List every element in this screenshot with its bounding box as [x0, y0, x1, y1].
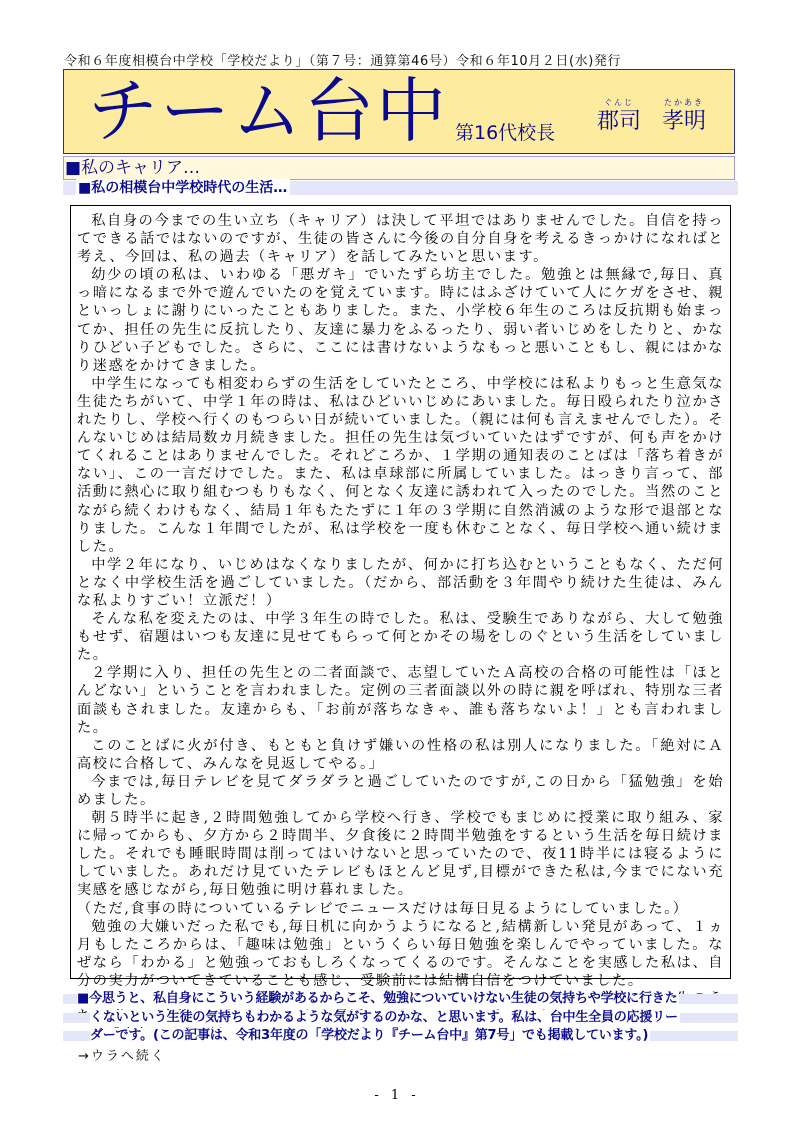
story-paragraph: 今までは,毎日テレビを見てダラダラと過ごしていたのですが,この日から「猛勉強」を… [77, 773, 724, 809]
newsletter-title: チーム台中 [88, 72, 448, 150]
issue-line: 令和６年度相模台中学校「学校だより」（第７号：通算第46号）令和６年10月２日(… [64, 50, 736, 69]
closing-text: ■今思うと、私自身にこういう経験があるからこそ、勉強についていけない生徒の気持ち… [63, 990, 743, 1046]
story-paragraph: （ただ,食事の時についているテレビでニュースだけは毎日見るようにしていました。） [77, 900, 724, 918]
given-name: 孝明 [662, 108, 706, 136]
section-heading: ■私のキャリア… [63, 156, 735, 180]
story-paragraph: 中学２年になり、いじめはなくなりましたが、何かに打ち込むということもなく、ただ何… [77, 556, 724, 610]
section-subheading: ■私の相模台中学校時代の生活… [76, 179, 290, 197]
continued-note: →ウラへ続く [78, 1045, 166, 1064]
surname: 郡司 [597, 108, 641, 136]
masthead: チーム台中 第16代校長 ぐんじ 郡司 たかあき 孝明 [63, 69, 735, 154]
story-paragraph: ２学期に入り、担任の先生との二者面談で、志望していたＡ高校の合格の可能性は「ほと… [77, 664, 724, 736]
story-paragraph: そんな私を変えたのは、中学３年生の時でした。私は、受験生でありながら、大して勉強… [77, 610, 724, 664]
story-paragraph: 中学生になっても相変わらずの生活をしていたところ、中学校には私よりもっと生意気な… [77, 375, 724, 556]
story-paragraph: 幼少の頃の私は、いわゆる「悪ガキ」でいたずら坊主でした。勉強とは無縁で,毎日、真… [77, 266, 724, 375]
story-paragraph: 私自身の今までの生い立ち（キャリア）は決して平坦ではありませんでした。自信を持っ… [77, 212, 724, 266]
closing-note: ■今思うと、私自身にこういう経験があるからこそ、勉強についていけない生徒の気持ち… [63, 990, 743, 1046]
principal-rank: 第16代校長 [455, 118, 555, 145]
closing-line: くないという生徒の気持ちもわかるような気がするのかな、と思います。私は、台中生全… [90, 1010, 680, 1025]
surname-ruby: ぐんじ [597, 98, 641, 108]
given-name-ruby: たかあき [662, 98, 706, 108]
principal-surname: ぐんじ 郡司 [597, 98, 641, 136]
story-paragraph: 勉強の大嫌いだった私でも,毎日机に向かうようになると,結構新しい発見があって、１… [77, 918, 724, 990]
story-paragraph: 朝５時半に起き,２時間勉強してから学校へ行き、学校でもまじめに授業に取り組み、家… [77, 809, 724, 899]
page-number: - 1 - [0, 1088, 794, 1103]
story-paragraph: このことばに火が付き、もともと負けず嫌いの性格の私は別人になりました。「絶対にＡ… [77, 737, 724, 773]
story-box: 私自身の今までの生い立ち（キャリア）は決して平坦ではありませんでした。自信を持っ… [70, 205, 731, 979]
principal-given-name: たかあき 孝明 [662, 98, 706, 136]
closing-line: ダーです。(この記事は、令和3年度の「学校だより『チーム台中』第7号」でも掲載し… [90, 1028, 650, 1043]
closing-line: ■今思うと、私自身にこういう経験があるからこそ、勉強についていけない生徒の気持ち… [77, 991, 679, 1006]
